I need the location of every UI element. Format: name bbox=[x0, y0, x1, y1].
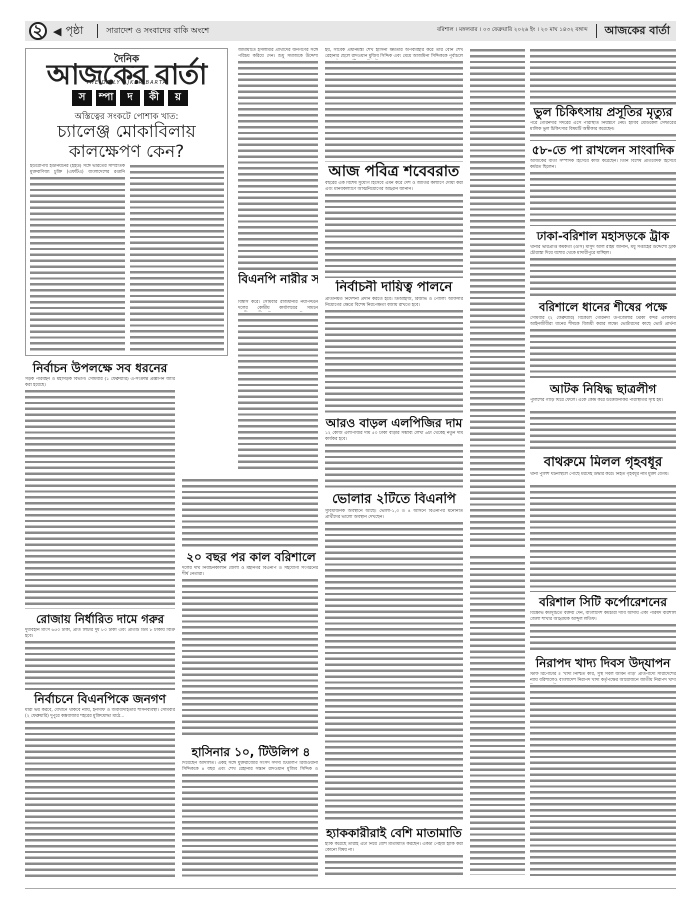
headline-dhaka-barishal-truck[interactable]: ঢাকা-বরিশাল মহাসড়কে ট্রাক bbox=[528, 229, 678, 244]
article-body-fill bbox=[182, 478, 318, 548]
article-body-fill bbox=[530, 410, 676, 452]
headline-election-duty[interactable]: নির্বাচনী দায়িত্ব পালনে bbox=[325, 280, 463, 296]
article-body-fill bbox=[470, 555, 525, 875]
article-body: বিশ্বাস করে। সোমবার রাজধানীর নয়াপল্টনে … bbox=[238, 300, 318, 312]
headline-city-corporation[interactable]: বরিশাল সিটি কর্পোরেশনের bbox=[528, 595, 678, 610]
editorial-body-col1 bbox=[30, 176, 125, 351]
newspaper-logo: আজকের বার্তা bbox=[605, 22, 670, 41]
section-title: সারাদেশ ও সংবাদের বাকি অংশে bbox=[106, 25, 209, 38]
divider bbox=[97, 24, 98, 38]
editorial-body-col2 bbox=[130, 164, 224, 351]
article-body: পরে গৌরনদীর সদরের এসে পরিস্থিতি নিয়ন্ত্… bbox=[530, 121, 676, 133]
article-body-fill bbox=[25, 640, 175, 690]
divider bbox=[596, 24, 597, 38]
editorial-tile: দ bbox=[120, 90, 140, 106]
article-body: স্টাফ রিপোর্টার ॥ 'খাদ্য নিশ্চিত করি, সু… bbox=[530, 672, 676, 684]
article-body: দিয়েছেন আদালত। একই সঙ্গে যুক্তরাজ্যের স… bbox=[182, 761, 318, 773]
editorial-label: স ম্পা দ কী য় bbox=[72, 90, 188, 106]
headline-all-kinds-election[interactable]: নির্বাচন উপলক্ষে সব ধরনের bbox=[25, 360, 175, 376]
headline-barishal-20-years[interactable]: ২০ বছর পর কাল বরিশালে bbox=[180, 550, 322, 565]
article-body: দুধবিহীন মাংস ৬৫০ টাকা, প্রতি লিটার দুধ … bbox=[25, 628, 175, 640]
article-body: সুবিধাজনক অবস্থানে আছে। ভোলা-১,৩ ও ৪ আসন… bbox=[325, 509, 463, 521]
editorial-tile: কী bbox=[144, 90, 164, 106]
article-body-fill bbox=[325, 854, 463, 878]
article-body: প্রতিনিয়ত নির্দেশনা প্রদান করতে হবে। ডি… bbox=[325, 297, 463, 309]
article-body: জামায়াতে ইসলামীর প্রার্থীদের জনগণের সঙ্… bbox=[238, 48, 318, 60]
article-body-fill bbox=[25, 389, 175, 609]
article-body-fill bbox=[325, 521, 463, 821]
editorial-headline-2: কালক্ষেপণ কেন? bbox=[25, 142, 228, 162]
headline-bhola[interactable]: ভোলার ২টিতে বিএনপি bbox=[325, 492, 463, 508]
article-body-fill bbox=[530, 684, 676, 879]
headline-journalist-58[interactable]: ৫৮-তে পা রাখলেন সাংবাদিক bbox=[528, 143, 678, 158]
headline-lpg[interactable]: আরও বাড়ল এলপিজির দাম bbox=[325, 416, 463, 430]
article-body-fill bbox=[325, 60, 463, 162]
headline-hackers[interactable]: হ্যাককারীরাই বেশি মাতামাতি bbox=[325, 826, 463, 841]
dateline: বরিশাল । মঙ্গলবার । ০৩ ফেব্রুয়ারি ২০২৬ … bbox=[437, 27, 588, 35]
headline-chhatra-league[interactable]: আটক নিষিদ্ধ ছাত্রলীগ bbox=[528, 382, 678, 397]
editorial-headline: চ্যালেঞ্জ মোকাবিলায় bbox=[25, 122, 228, 142]
article-body-fill bbox=[25, 720, 175, 880]
masthead-english: THE DAILY AJKER BARTA bbox=[25, 80, 228, 86]
article-body: বছরের এক বিশেষ সুযোগ হিসেবে এমন করে দেশ … bbox=[325, 181, 463, 193]
article-body-fill bbox=[530, 257, 676, 297]
article-body-fill bbox=[470, 48, 525, 548]
headline-bathroom-housewife[interactable]: বাথরুমে মিলল গৃহবধূর bbox=[528, 455, 678, 471]
headline-safe-food-day[interactable]: নিরাপদ খাদ্য দিবস উদ্‌যাপন bbox=[528, 656, 678, 671]
article-body-fill bbox=[530, 623, 676, 653]
article-body: আজকের বার্তা সম্পাদক হিসেবে কাজ করেছেন। … bbox=[530, 159, 676, 171]
article-body-fill bbox=[530, 171, 676, 226]
article-body-fill bbox=[325, 443, 463, 489]
article-body-fill bbox=[325, 309, 463, 415]
article-body: বিক্ষোভ কর্মসূচিতে বক্তব্য দেন, বাংলাদেশ… bbox=[530, 611, 676, 623]
article-body: দলের দীর্ঘ নির্বাচনকালীন জেলা ও মহানগর ব… bbox=[182, 566, 318, 578]
bottom-rule bbox=[25, 888, 676, 889]
article-body-fill bbox=[182, 578, 318, 738]
headline-cattle-price[interactable]: রোজায় নির্ধারিত দামে গরুর bbox=[25, 612, 175, 627]
article-body: পুলিশের গাড়ি ঘিরে ফেলে। একে কেন্দ্র করে… bbox=[530, 398, 676, 410]
article-body-fill bbox=[238, 60, 318, 270]
headline-text: বিএনপি নারীর সম্মান bbox=[238, 272, 318, 286]
headline-shab-e-barat[interactable]: আজ পবিত্র শবেবরাত bbox=[325, 162, 463, 180]
article-body: থানার ভারপ্রাপ্ত কর্মকর্তা (ওসি) মাসুদ আ… bbox=[530, 245, 676, 257]
article-body: ১২ কেজি এলপিজির দাম ৫০ টাকা বাড়ার সম্ভা… bbox=[325, 431, 463, 443]
article-body: হয়, সাবেক প্রধানমন্ত্রী শেখ হাসিনা ক্ষম… bbox=[325, 48, 463, 60]
editorial-tile: ম্পা bbox=[96, 90, 116, 106]
headline-bnp-women[interactable]: বিএনপি নারীর সম্মান bbox=[238, 272, 318, 286]
editorial-tile: স bbox=[72, 90, 92, 106]
article-body-fill bbox=[530, 133, 676, 141]
page-label: পৃষ্ঠা bbox=[65, 22, 83, 41]
left-arrow-icon: ◀ bbox=[53, 25, 61, 38]
article-body: সোমবার (২ ফেব্রুয়ারি) বিকেলে গৌরনদী উপজ… bbox=[530, 316, 676, 328]
article-body: থানা পুলিশ ঘটনাস্থলে পৌঁছে মরদেহ উদ্ধার … bbox=[530, 472, 676, 484]
editorial-tile: য় bbox=[168, 90, 188, 106]
headline-paddy-sheaf[interactable]: বরিশালে ধানের শীষের পক্ষে bbox=[528, 300, 678, 315]
headline-people-bnp[interactable]: নির্বাচনে বিএনপিকে জনগণ bbox=[25, 692, 175, 707]
page-number: ২ bbox=[29, 22, 47, 40]
article-body: সড়ক পরিবহন ও মহাসড়ক বিভাগ। সোমবার (১ ফ… bbox=[25, 377, 175, 389]
article-body-fill bbox=[238, 312, 318, 470]
article-body-fill bbox=[182, 773, 318, 879]
article-body-fill bbox=[530, 48, 676, 106]
article-body: হ্যাক করেছে তারাই এটা নিয়ে বেশি মাতামাত… bbox=[325, 842, 463, 854]
article-body: যারা ভয় করবে, যেখানে থাকবে ন্যায়, ইনসা… bbox=[25, 708, 175, 720]
page-header-bar: ২ ◀ পৃষ্ঠা সারাদেশ ও সংবাদের বাকি অংশে ব… bbox=[25, 21, 676, 41]
article-body-fill bbox=[530, 484, 676, 592]
editorial-body-start: ইউরোপীয় ইউনিয়নের (ইইউ) সঙ্গে ভারতের সা… bbox=[30, 164, 125, 176]
article-body-fill bbox=[530, 328, 676, 378]
article-body-fill bbox=[325, 193, 463, 278]
headline-hasina-tulip[interactable]: হাসিনার ১০, টিউলিপ ৪ bbox=[180, 745, 322, 760]
headline-wrong-treatment[interactable]: ভুল চিকিৎসায় প্রসূতির মৃত্যুর bbox=[528, 105, 678, 120]
